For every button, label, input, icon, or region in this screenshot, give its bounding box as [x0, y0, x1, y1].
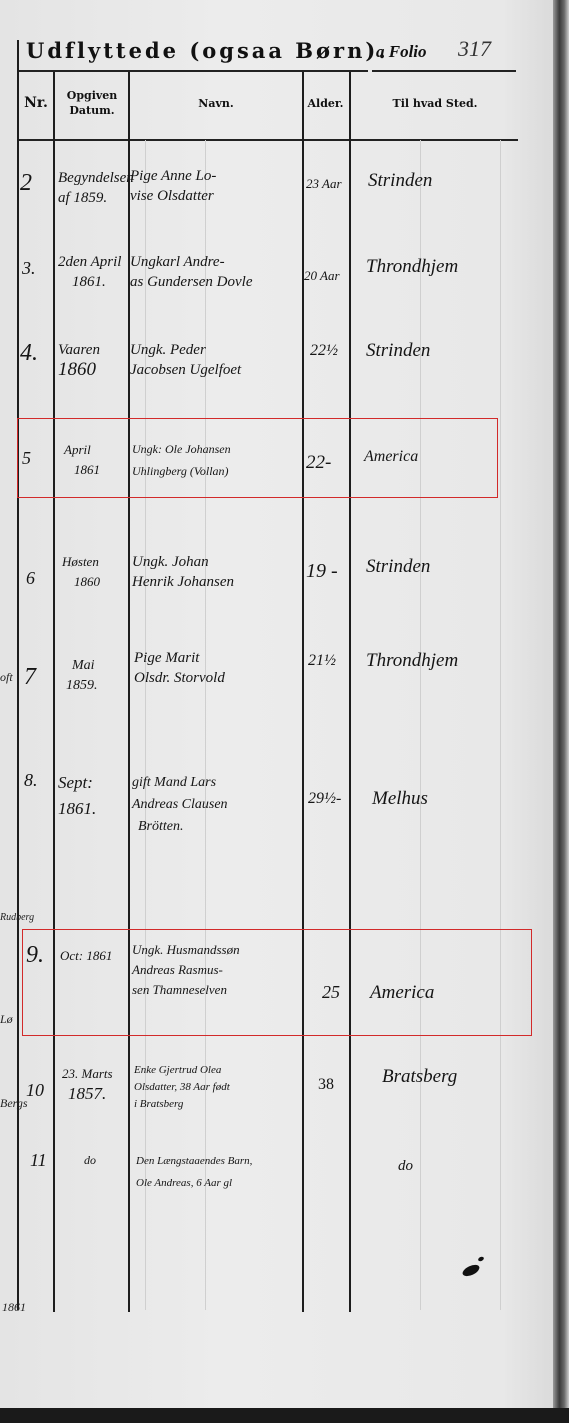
- page-title: Udflyttede (ogsaa Børn).: [26, 38, 389, 63]
- entry-date: April1861: [64, 440, 100, 480]
- margin-note: 1861: [2, 1300, 26, 1315]
- entry-number: 6: [26, 568, 35, 589]
- guide-line: [500, 140, 501, 1310]
- entry-age: 38: [318, 1076, 334, 1094]
- entry-age: 20 Aar: [304, 268, 340, 284]
- entry-date: Oct: 1861: [60, 946, 112, 966]
- header-date: Opgiven Datum.: [62, 88, 122, 118]
- entry-name: gift Mand LarsAndreas ClausenBrötten.: [132, 772, 228, 838]
- entry-name: Ungk. HusmandssønAndreas Rasmus-sen Tham…: [132, 940, 240, 1000]
- entry-name: Pige MaritOlsdr. Storvold: [134, 648, 225, 688]
- guide-line: [420, 140, 421, 1310]
- header-destination: Til hvad Sted.: [352, 96, 518, 111]
- entry-destination: Throndhjem: [366, 650, 458, 672]
- column-rule-left: [17, 40, 19, 1310]
- entry-number: 11: [30, 1150, 47, 1171]
- book-spine: [553, 0, 569, 1423]
- entry-date: Mai1859.: [66, 656, 98, 696]
- entry-date: do: [84, 1150, 96, 1170]
- column-rule-name: [302, 72, 304, 1312]
- folio-underline: [372, 70, 516, 72]
- entry-age: 19 -: [306, 560, 338, 583]
- entry-number: 3.: [22, 258, 36, 279]
- entry-date: Begyndelsenaf 1859.: [58, 168, 134, 208]
- header-bottom-rule: [18, 139, 518, 141]
- entry-name: Den Længstaaendes Barn,Ole Andreas, 6 Aa…: [136, 1150, 252, 1194]
- entry-number: 9.: [26, 942, 44, 969]
- entry-destination: Melhus: [372, 788, 428, 810]
- margin-note: Rudberg: [0, 912, 34, 923]
- column-rule-age: [349, 72, 351, 1312]
- entry-date: 2den April1861.: [58, 252, 121, 292]
- header-age: Alder.: [302, 96, 349, 111]
- guide-line: [205, 140, 206, 1310]
- entry-destination: do: [398, 1158, 413, 1175]
- entry-destination: Throndhjem: [366, 256, 458, 278]
- entry-number: 5: [22, 448, 31, 469]
- entry-destination: Strinden: [366, 556, 430, 578]
- guide-line: [145, 140, 146, 1310]
- header-no: Nr.: [19, 96, 53, 111]
- register-page: [0, 0, 558, 1408]
- entry-name: Ungk: Ole JohansenUhlingberg (Vollan): [132, 438, 231, 482]
- entry-age: 23 Aar: [306, 176, 342, 192]
- entry-date: 23. Marts1857.: [62, 1064, 113, 1104]
- entry-name: Enke Gjertrud OleaOlsdatter, 38 Aar født…: [134, 1062, 230, 1113]
- margin-note: Lø: [0, 1012, 13, 1027]
- entry-age: 25: [322, 982, 340, 1003]
- entry-destination: Bratsberg: [382, 1066, 457, 1088]
- entry-number: 2: [20, 170, 32, 197]
- entry-date: Vaaren1860: [58, 340, 100, 380]
- page-bottom-edge: [0, 1408, 569, 1423]
- entry-number: 10: [26, 1080, 44, 1101]
- entry-destination: Strinden: [368, 170, 432, 192]
- entry-number: 7: [24, 664, 36, 691]
- margin-note: Bergs: [0, 1096, 28, 1111]
- entry-name: Ungkarl Andre-as Gundersen Dovle: [130, 252, 252, 292]
- folio-number: 317: [458, 36, 491, 62]
- entry-name: Ungk. JohanHenrik Johansen: [132, 552, 234, 592]
- header-name: Navn.: [130, 96, 302, 111]
- entry-number: 4.: [20, 340, 38, 367]
- entry-date: Høsten1860: [62, 552, 100, 592]
- entry-name: Pige Anne Lo-vise Olsdatter: [130, 166, 216, 206]
- title-underline: [18, 70, 368, 72]
- entry-age: 22½: [310, 342, 338, 360]
- entry-date: Sept:1861.: [58, 770, 96, 822]
- folio-label: a Folio: [376, 42, 427, 62]
- entry-age: 21½: [308, 652, 336, 670]
- entry-destination: America: [370, 982, 434, 1004]
- entry-age: 22-: [306, 452, 331, 474]
- margin-note: oft: [0, 670, 13, 685]
- column-rule-no: [53, 72, 55, 1312]
- entry-destination: America: [364, 448, 418, 466]
- entry-name: Ungk. PederJacobsen Ugelfoet: [130, 340, 241, 380]
- entry-destination: Strinden: [366, 340, 430, 362]
- entry-number: 8.: [24, 770, 38, 791]
- entry-age: 29½-: [308, 790, 341, 808]
